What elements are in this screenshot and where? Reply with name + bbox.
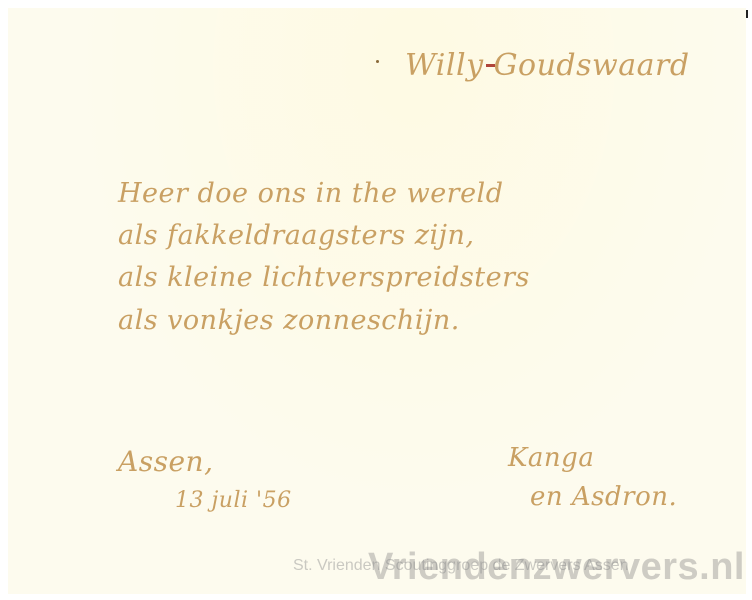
poem-line-1: Heer doe ons in the wereld	[118, 178, 503, 209]
ink-dot	[376, 60, 379, 63]
poem-line-4: als vonkjes zonneschijn.	[118, 305, 460, 336]
red-ink-mark	[486, 64, 495, 67]
poem-line-3: als kleine lichtverspreidsters	[118, 262, 530, 293]
scan-mark	[746, 10, 748, 18]
watermark-large: Vriendenzwervers.nl	[368, 546, 745, 589]
closing-line-1: Kanga	[508, 443, 594, 473]
place: Assen,	[118, 445, 213, 478]
signature-top: Willy Goudswaard	[405, 48, 690, 83]
date: 13 juli '56	[175, 488, 292, 513]
poem-line-2: als fakkeldraagsters zijn,	[118, 220, 475, 251]
closing-line-2: en Asdron.	[530, 482, 677, 512]
